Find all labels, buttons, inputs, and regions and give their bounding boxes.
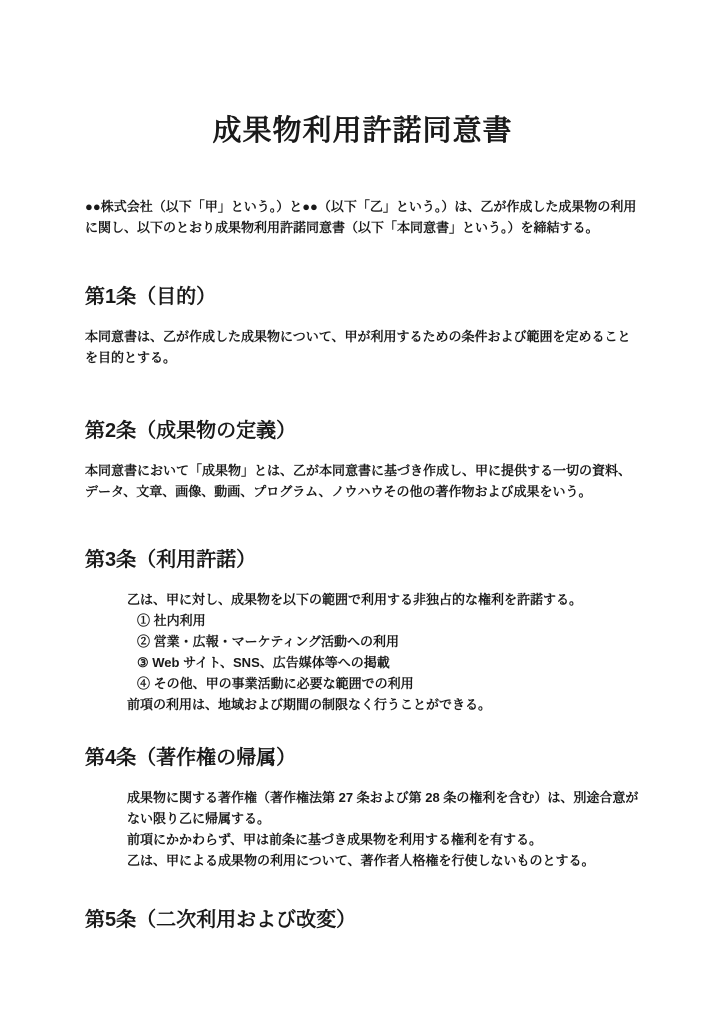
article-3-paragraph-closing: 前項の利用は、地域および期間の制限なく行うことができる。 bbox=[127, 694, 640, 715]
article-4-paragraph-2: 前項にかかわらず、甲は前条に基づき成果物を利用する権利を有する。 bbox=[127, 829, 640, 850]
section-article-3: 第3条（利用許諾） 乙は、甲に対し、成果物を以下の範囲で利用する非独占的な権利を… bbox=[85, 547, 640, 715]
article-4-paragraph-1: 成果物に関する著作権（著作権法第 27 条および第 28 条の権利を含む）は、別… bbox=[127, 787, 640, 829]
article-3-body: 乙は、甲に対し、成果物を以下の範囲で利用する非独占的な権利を許諾する。 ① 社内… bbox=[85, 589, 640, 715]
article-1-body: 本同意書は、乙が作成した成果物について、甲が利用するための条件および範囲を定める… bbox=[85, 326, 640, 368]
article-3-paragraph-lead: 乙は、甲に対し、成果物を以下の範囲で利用する非独占的な権利を許諾する。 bbox=[127, 589, 640, 610]
article-1-heading: 第1条（目的） bbox=[85, 284, 640, 310]
article-3-list-item-1: ① 社内利用 bbox=[127, 610, 640, 631]
article-3-list-item-4: ④ その他、甲の事業活動に必要な範囲での利用 bbox=[127, 673, 640, 694]
article-4-heading: 第4条（著作権の帰属） bbox=[85, 745, 640, 771]
document-page: 成果物利用許諾同意書 ●●株式会社（以下「甲」という。）と●●（以下「乙」という… bbox=[0, 0, 724, 1024]
section-article-5: 第5条（二次利用および改変） bbox=[85, 907, 640, 933]
section-article-4: 第4条（著作権の帰属） 成果物に関する著作権（著作権法第 27 条および第 28… bbox=[85, 745, 640, 871]
section-article-1: 第1条（目的） 本同意書は、乙が作成した成果物について、甲が利用するための条件お… bbox=[85, 284, 640, 368]
section-article-2: 第2条（成果物の定義） 本同意書において「成果物」とは、乙が本同意書に基づき作成… bbox=[85, 418, 640, 502]
article-3-list-item-2: ② 営業・広報・マーケティング活動への利用 bbox=[127, 631, 640, 652]
article-2-paragraph: 本同意書において「成果物」とは、乙が本同意書に基づき作成し、甲に提供する一切の資… bbox=[85, 460, 640, 502]
intro-paragraph: ●●株式会社（以下「甲」という。）と●●（以下「乙」という。）は、乙が作成した成… bbox=[85, 196, 640, 238]
article-5-heading: 第5条（二次利用および改変） bbox=[85, 907, 640, 933]
article-3-heading: 第3条（利用許諾） bbox=[85, 547, 640, 573]
article-2-body: 本同意書において「成果物」とは、乙が本同意書に基づき作成し、甲に提供する一切の資… bbox=[85, 460, 640, 502]
article-4-body: 成果物に関する著作権（著作権法第 27 条および第 28 条の権利を含む）は、別… bbox=[85, 787, 640, 871]
document-title: 成果物利用許諾同意書 bbox=[85, 112, 640, 150]
article-2-heading: 第2条（成果物の定義） bbox=[85, 418, 640, 444]
article-4-paragraph-3: 乙は、甲による成果物の利用について、著作者人格権を行使しないものとする。 bbox=[127, 850, 640, 871]
article-3-list-item-3: ③ Web サイト、SNS、広告媒体等への掲載 bbox=[127, 652, 640, 673]
article-1-paragraph: 本同意書は、乙が作成した成果物について、甲が利用するための条件および範囲を定める… bbox=[85, 326, 640, 368]
